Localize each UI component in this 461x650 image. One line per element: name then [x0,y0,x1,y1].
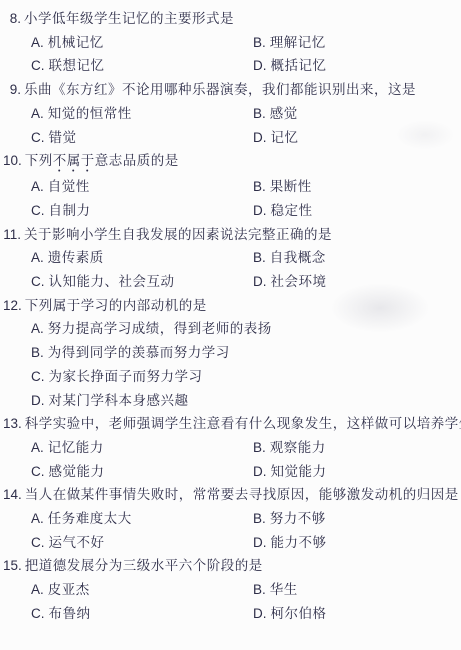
option-label: A. [31,582,44,597]
option-c: C.为家长挣面子而努力学习 [31,365,457,389]
option-text: 努力提高学习成绩，得到老师的表扬 [48,321,272,336]
question-8: 8. 小学低年级学生记忆的主要形式是 A.机械记忆 B.理解记忆 C.联想记忆 … [3,7,457,78]
question-number: 8. [3,7,21,31]
question-text: 小学低年级学生记忆的主要形式是 [24,7,234,31]
question-number: 14. [3,483,22,507]
option-text: 自我概念 [270,250,326,265]
option-text: 能力不够 [271,535,327,550]
option-text: 知觉能力 [271,464,327,479]
question-13: 13. 科学实验中，老师强调学生注意看有什么现象发生，这样做可以培养学生的 A.… [3,412,457,483]
question-9: 9. 乐曲《东方红》不论用哪种乐器演奏，我们都能识别出来，这是 A.知觉的恒常性… [3,78,457,149]
option-label: D. [253,606,267,621]
option-text: 感觉 [270,106,298,121]
question-text: 下列不属于意志品质的是 [25,149,179,175]
option-label: C. [31,606,45,621]
question-head: 14. 当人在做某件事情失败时，常常要去寻找原因，能够激发动机的归因是 [3,483,457,507]
option-text: 记忆 [271,130,299,145]
option-label: B. [253,106,266,121]
options: A.遗传素质 B.自我概念 C.认知能力、社会互动 D.社会环境 [3,246,457,293]
option-label: B. [253,179,266,194]
option-text: 认知能力、社会互动 [49,274,175,289]
option-label: C. [31,130,45,145]
option-label: B. [253,250,266,265]
option-a: A.任务难度太大 [31,507,253,531]
option-label: C. [31,369,45,384]
option-text: 错觉 [49,130,77,145]
option-a: A.机械记忆 [31,31,253,55]
option-text: 柯尔伯格 [271,606,327,621]
option-b: B.观察能力 [253,436,457,460]
option-label: A. [31,35,44,50]
option-label: A. [31,440,44,455]
option-b: B.感觉 [253,102,457,126]
options: A.机械记忆 B.理解记忆 C.联想记忆 D.概括记忆 [3,31,457,78]
option-c: C.认知能力、社会互动 [31,270,253,294]
options: A.记忆能力 B.观察能力 C.感觉能力 D.知觉能力 [3,436,457,483]
option-text: 理解记忆 [270,35,326,50]
option-text: 任务难度太大 [48,511,132,526]
option-label: D. [31,393,45,408]
question-head: 8. 小学低年级学生记忆的主要形式是 [3,7,457,31]
options: A.知觉的恒常性 B.感觉 C.错觉 D.记忆 [3,102,457,149]
option-c: C.自制力 [31,199,253,223]
option-label: A. [31,511,44,526]
question-text-post: 意志品质的是 [95,153,179,168]
option-label: A. [31,179,44,194]
option-c: C.联想记忆 [31,54,253,78]
option-text: 自觉性 [48,179,90,194]
question-14: 14. 当人在做某件事情失败时，常常要去寻找原因，能够激发动机的归因是 A.任务… [3,483,457,554]
option-b: B.理解记忆 [253,31,457,55]
question-head: 11. 关于影响小学生自我发展的因素说法完整正确的是 [3,223,457,247]
question-number: 9. [3,78,21,102]
question-11: 11. 关于影响小学生自我发展的因素说法完整正确的是 A.遗传素质 B.自我概念… [3,223,457,294]
options: A.任务难度太大 B.努力不够 C.运气不好 D.能力不够 [3,507,457,554]
option-d: D.社会环境 [253,270,457,294]
question-head: 9. 乐曲《东方红》不论用哪种乐器演奏，我们都能识别出来，这是 [3,78,457,102]
question-number: 15. [3,554,22,578]
option-d: D.概括记忆 [253,54,457,78]
options: A.自觉性 B.果断性 C.自制力 D.稳定性 [3,175,457,222]
option-c: C.感觉能力 [31,460,253,484]
option-d: D.对某门学科本身感兴趣 [31,389,457,413]
option-label: D. [253,535,267,550]
option-label: B. [253,35,266,50]
option-text: 感觉能力 [49,464,105,479]
option-label: B. [31,345,44,360]
option-d: D.能力不够 [253,531,457,555]
option-text: 努力不够 [270,511,326,526]
question-10: 10. 下列不属于意志品质的是 A.自觉性 B.果断性 C.自制力 D.稳定性 [3,149,457,222]
option-b: B.为得到同学的羡慕而努力学习 [31,341,457,365]
options: A.努力提高学习成绩，得到老师的表扬 B.为得到同学的羡慕而努力学习 C.为家长… [3,317,457,412]
option-text: 果断性 [270,179,312,194]
option-label: B. [253,511,266,526]
option-text: 运气不好 [49,535,105,550]
option-label: A. [31,106,44,121]
question-number: 13. [3,412,22,436]
option-label: C. [31,464,45,479]
option-b: B.果断性 [253,175,457,199]
question-head: 10. 下列不属于意志品质的是 [3,149,457,175]
question-text: 科学实验中，老师强调学生注意看有什么现象发生，这样做可以培养学生的 [25,412,461,436]
option-text: 华生 [270,582,298,597]
option-d: D.稳定性 [253,199,457,223]
option-text: 为得到同学的羡慕而努力学习 [48,345,230,360]
option-label: C. [31,274,45,289]
question-12: 12. 下列属于学习的内部动机的是 A.努力提高学习成绩，得到老师的表扬 B.为… [3,294,457,413]
option-b: B.自我概念 [253,246,457,270]
option-text: 自制力 [49,203,91,218]
options: A.皮亚杰 B.华生 C.布鲁纳 D.柯尔伯格 [3,578,457,625]
option-text: 记忆能力 [48,440,104,455]
option-label: B. [253,440,266,455]
option-b: B.华生 [253,578,457,602]
option-text: 机械记忆 [48,35,104,50]
option-a: A.记忆能力 [31,436,253,460]
option-text: 观察能力 [270,440,326,455]
option-a: A.皮亚杰 [31,578,253,602]
option-text: 布鲁纳 [49,606,91,621]
option-label: D. [253,130,267,145]
option-d: D.知觉能力 [253,460,457,484]
option-text: 遗传素质 [48,250,104,265]
question-head: 15. 把道德发展分为三级水平六个阶段的是 [3,554,457,578]
question-text-emphasis: 不属于 [53,153,95,168]
question-head: 13. 科学实验中，老师强调学生注意看有什么现象发生，这样做可以培养学生的 [3,412,457,436]
question-text: 下列属于学习的内部动机的是 [25,294,207,318]
option-c: C.错觉 [31,126,253,150]
option-text: 对某门学科本身感兴趣 [49,393,189,408]
option-text: 知觉的恒常性 [48,106,132,121]
option-label: C. [31,203,45,218]
option-label: D. [253,274,267,289]
option-text: 皮亚杰 [48,582,90,597]
option-d: D.柯尔伯格 [253,602,457,626]
question-15: 15. 把道德发展分为三级水平六个阶段的是 A.皮亚杰 B.华生 C.布鲁纳 D… [3,554,457,625]
option-c: C.布鲁纳 [31,602,253,626]
question-text: 关于影响小学生自我发展的因素说法完整正确的是 [24,223,332,247]
option-a: A.自觉性 [31,175,253,199]
option-text: 社会环境 [271,274,327,289]
question-number: 12. [3,294,22,318]
option-label: D. [253,58,267,73]
option-text: 联想记忆 [49,58,105,73]
option-label: C. [31,535,45,550]
exam-page: 8. 小学低年级学生记忆的主要形式是 A.机械记忆 B.理解记忆 C.联想记忆 … [0,0,461,650]
option-d: D.记忆 [253,126,457,150]
option-text: 为家长挣面子而努力学习 [49,369,203,384]
question-text: 乐曲《东方红》不论用哪种乐器演奏，我们都能识别出来，这是 [24,78,416,102]
option-label: B. [253,582,266,597]
question-text: 当人在做某件事情失败时，常常要去寻找原因，能够激发动机的归因是 [25,483,459,507]
option-label: D. [253,464,267,479]
option-a: A.遗传素质 [31,246,253,270]
question-number: 10. [3,149,22,175]
question-head: 12. 下列属于学习的内部动机的是 [3,294,457,318]
question-text: 把道德发展分为三级水平六个阶段的是 [25,554,263,578]
option-text: 概括记忆 [271,58,327,73]
option-label: C. [31,58,45,73]
option-label: D. [253,203,267,218]
option-label: A. [31,321,44,336]
question-number: 11. [3,223,21,247]
option-label: A. [31,250,44,265]
option-c: C.运气不好 [31,531,253,555]
option-text: 稳定性 [271,203,313,218]
question-text-pre: 下列 [25,153,53,168]
option-a: A.知觉的恒常性 [31,102,253,126]
option-a: A.努力提高学习成绩，得到老师的表扬 [31,317,457,341]
option-b: B.努力不够 [253,507,457,531]
